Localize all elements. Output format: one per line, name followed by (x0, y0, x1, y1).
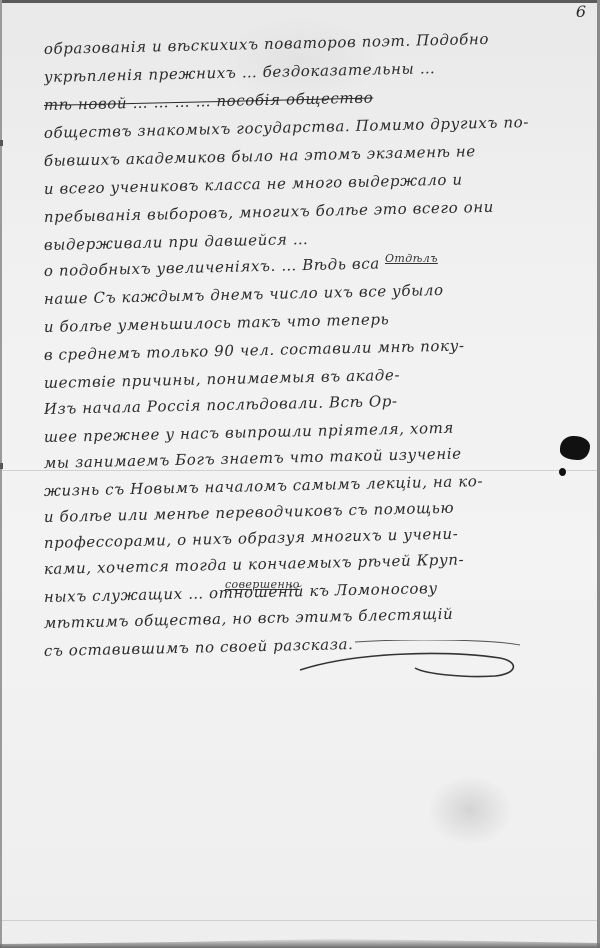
interlinear-insertion: совершенно (225, 578, 300, 591)
paper-fold-line (0, 920, 600, 921)
interlinear-insertion: Отдѣлъ (385, 252, 438, 265)
paper-edge (0, 938, 600, 948)
page-number: 6 (576, 2, 586, 21)
margin-mark (0, 140, 3, 146)
manuscript-page: 6 образованія и вѣскихихъ поваторов поэт… (0, 0, 600, 948)
ink-blot (559, 468, 566, 476)
margin-mark (0, 463, 3, 469)
ink-blot (560, 436, 590, 460)
signature-flourish (295, 640, 525, 680)
